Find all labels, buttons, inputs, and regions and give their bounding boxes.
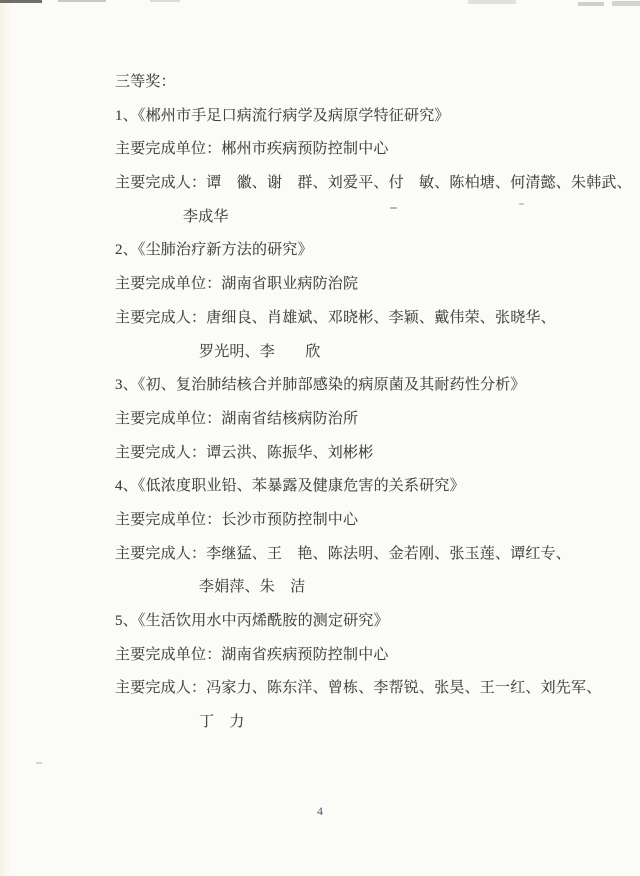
completing-unit: 主要完成单位：郴州市疾病预防控制中心 bbox=[115, 133, 625, 167]
completing-persons: 主要完成人：李继猛、王 艳、陈法明、金若刚、张玉莲、谭红专、 bbox=[115, 538, 625, 572]
completing-unit: 主要完成单位：湖南省职业病防治院 bbox=[115, 268, 625, 302]
completing-persons-continued: 李成华 bbox=[115, 201, 625, 235]
project-title: 5、《生活饮用水中丙烯酰胺的测定研究》 bbox=[115, 605, 625, 639]
completing-unit: 主要完成单位：湖南省疾病预防控制中心 bbox=[115, 639, 625, 673]
project-title: 1、《郴州市手足口病流行病学及病原学特征研究》 bbox=[115, 100, 625, 134]
scan-artifact bbox=[58, 0, 106, 2]
document-page: { "doc": { "heading": "三等奖：", "items": [… bbox=[0, 0, 640, 876]
scan-artifact bbox=[578, 2, 604, 6]
project-title: 4、《低浓度职业铅、苯暴露及健康危害的关系研究》 bbox=[115, 470, 625, 504]
project-title: 3、《初、复治肺结核合并肺部感染的病原菌及其耐药性分析》 bbox=[115, 369, 625, 403]
scan-artifact bbox=[468, 0, 516, 4]
completing-unit: 主要完成单位：湖南省结核病防治所 bbox=[115, 403, 625, 437]
project-title: 2、《尘肺治疗新方法的研究》 bbox=[115, 234, 625, 268]
scan-artifact bbox=[612, 1, 640, 6]
completing-persons-continued: 罗光明、李 欣 bbox=[115, 336, 625, 370]
completing-persons: 主要完成人：冯家力、陈东洋、曾栋、李帮锐、张昊、王一红、刘先军、 bbox=[115, 672, 625, 706]
award-tier-heading: 三等奖： bbox=[115, 66, 625, 100]
scan-artifact bbox=[0, 0, 42, 3]
completing-persons-continued: 李娟萍、朱 洁 bbox=[115, 571, 625, 605]
completing-persons: 主要完成人：谭 徽、谢 群、刘爱平、付 敏、陈柏塘、何清懿、朱韩武、 bbox=[115, 167, 625, 201]
document-body: 三等奖： 1、《郴州市手足口病流行病学及病原学特征研究》 主要完成单位：郴州市疾… bbox=[115, 66, 625, 740]
page-number: 4 bbox=[0, 803, 640, 819]
completing-persons-continued: 丁 力 bbox=[115, 706, 625, 740]
completing-persons: 主要完成人：谭云洪、陈振华、刘彬彬 bbox=[115, 437, 625, 471]
scan-edge-shading bbox=[0, 0, 12, 876]
completing-persons: 主要完成人：唐细良、肖雄斌、邓晓彬、李颖、戴伟荣、张晓华、 bbox=[115, 302, 625, 336]
scan-speckle bbox=[36, 762, 42, 764]
scan-artifact bbox=[150, 0, 180, 2]
completing-unit: 主要完成单位：长沙市预防控制中心 bbox=[115, 504, 625, 538]
